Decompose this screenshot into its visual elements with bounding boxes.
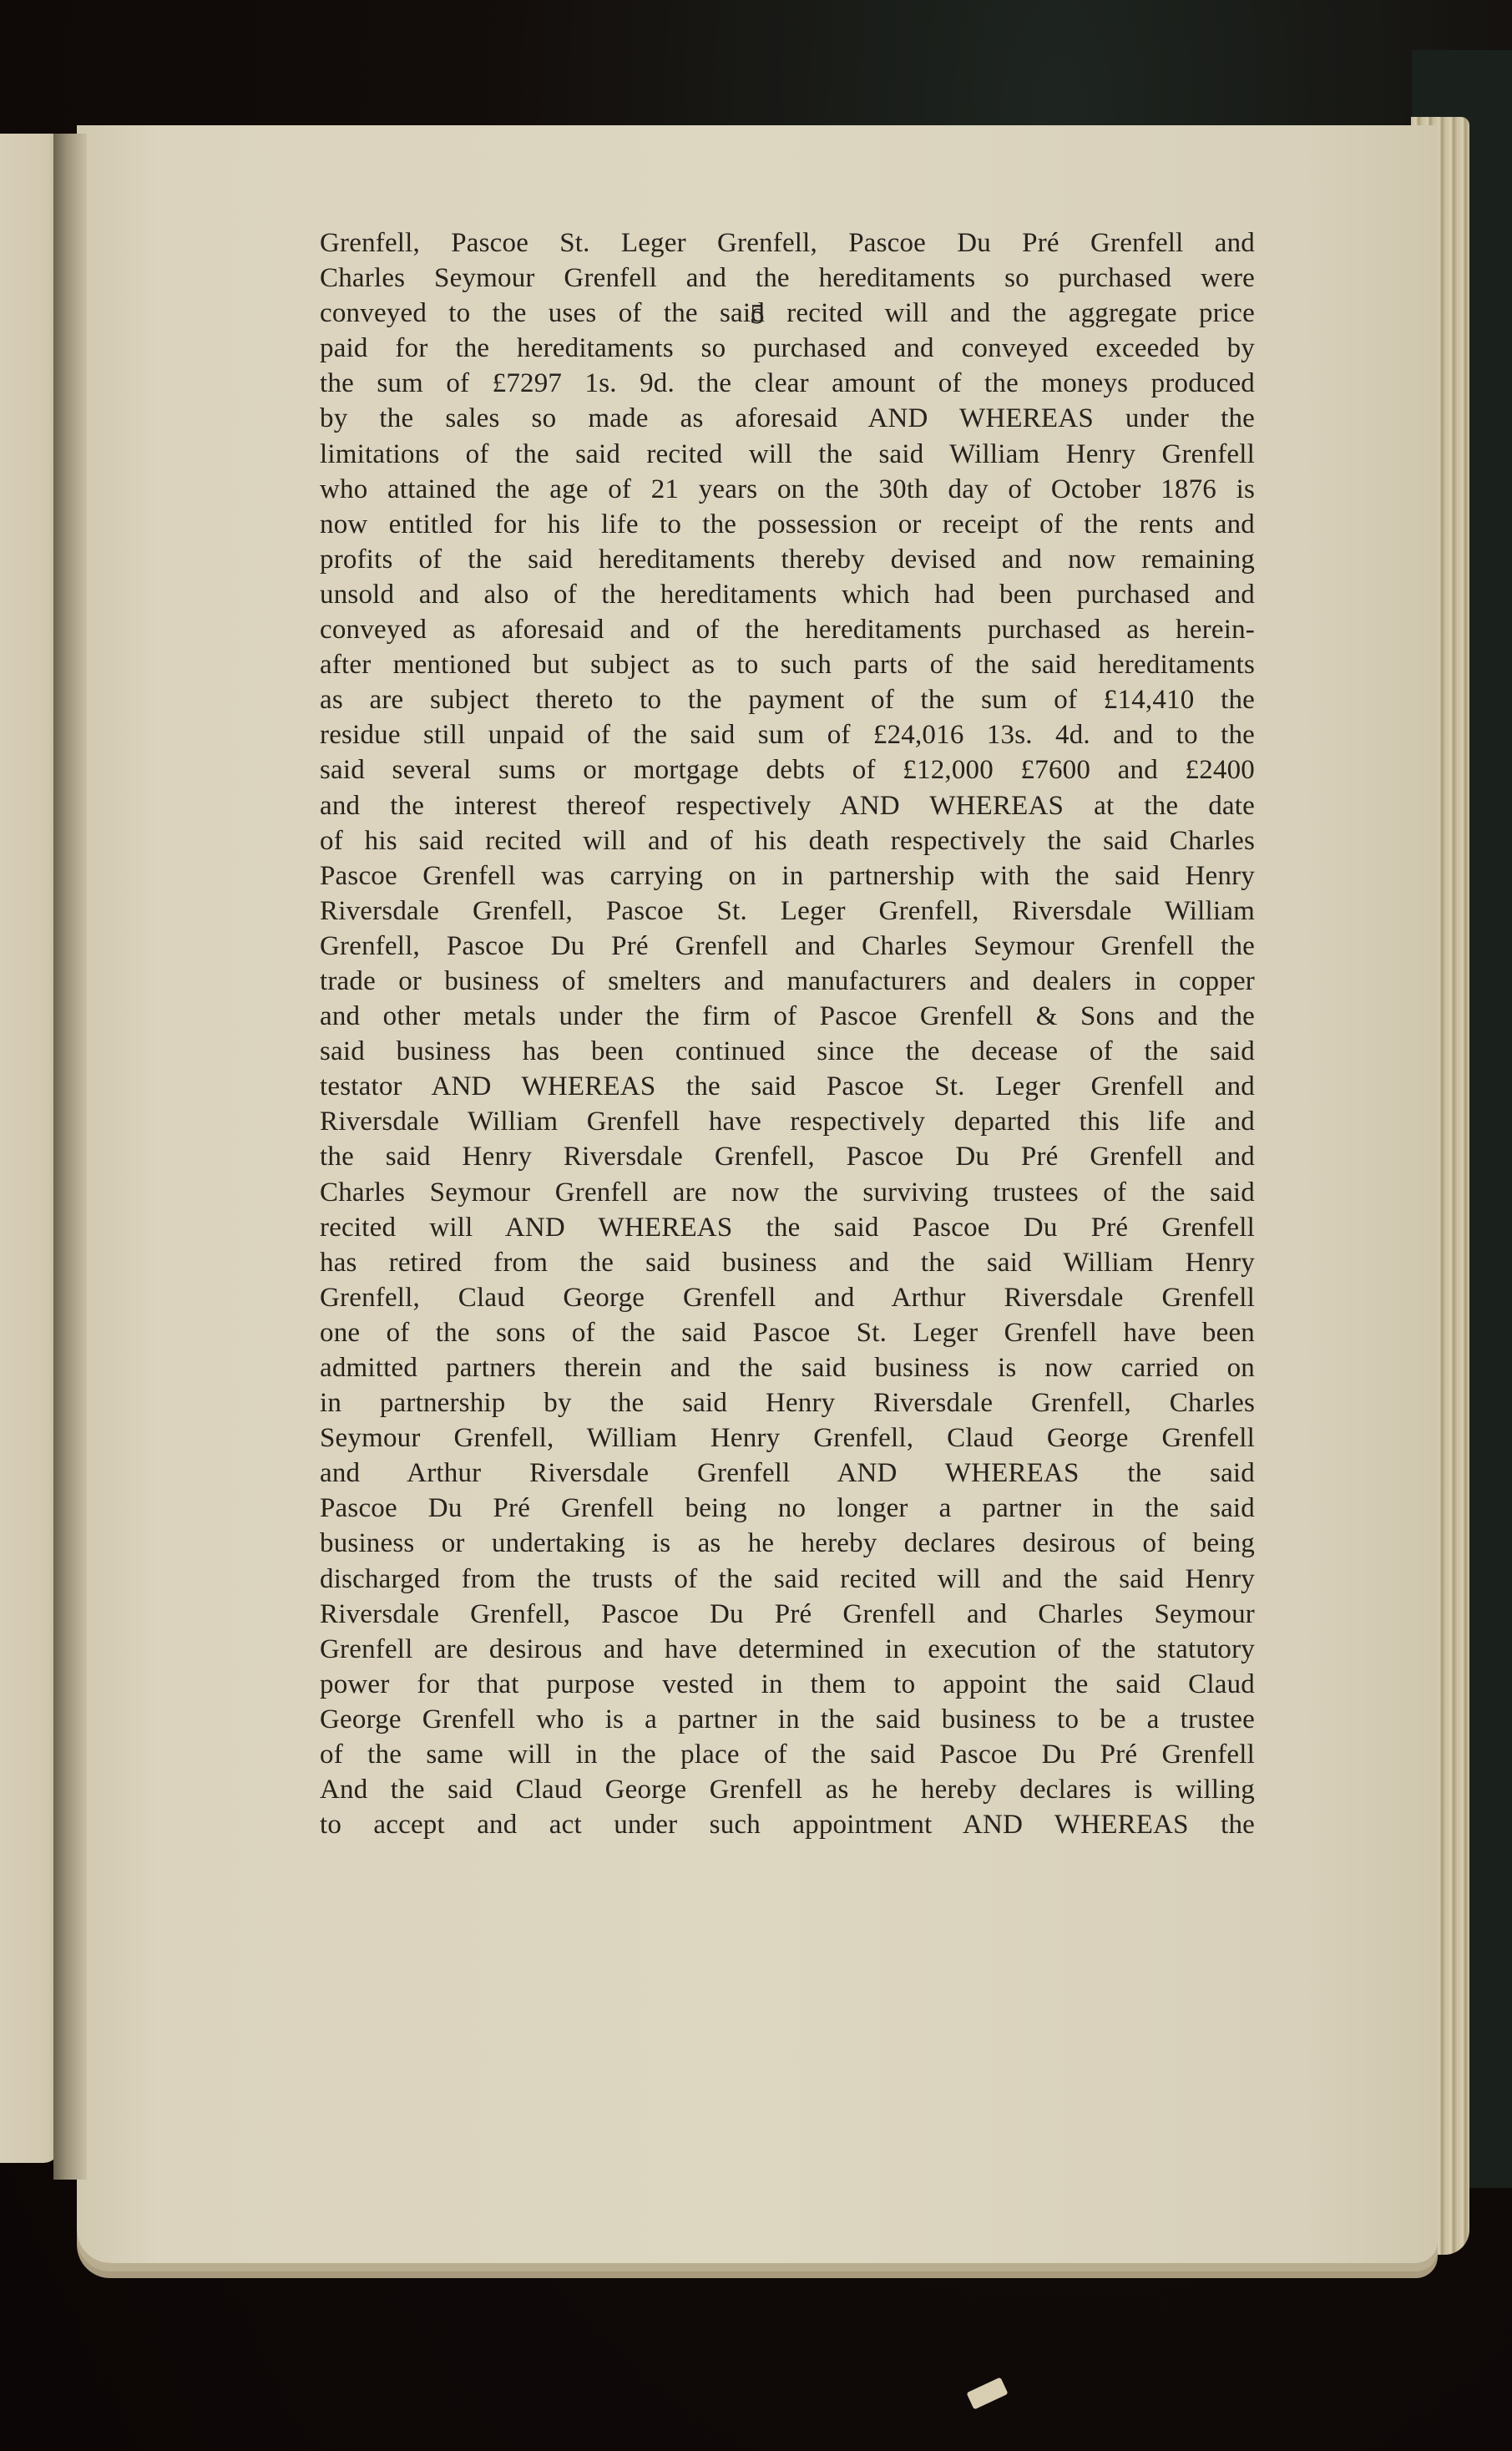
text-line: of the same will in the place of the sai… xyxy=(320,1737,1255,1772)
text-line: unsold and also of the hereditaments whi… xyxy=(320,577,1255,612)
text-line: limitations of the said recited will the… xyxy=(320,437,1255,472)
text-line: admitted partners therein and the said b… xyxy=(320,1350,1255,1385)
text-line: Riversdale Grenfell, Pascoe Du Pré Grenf… xyxy=(320,1597,1255,1632)
text-line: the said Henry Riversdale Grenfell, Pasc… xyxy=(320,1139,1255,1174)
text-line: profits of the said hereditaments thereb… xyxy=(320,542,1255,577)
text-line: one of the sons of the said Pascoe St. L… xyxy=(320,1315,1255,1350)
text-line: discharged from the trusts of the said r… xyxy=(320,1562,1255,1597)
text-line: Pascoe Grenfell was carrying on in partn… xyxy=(320,858,1255,894)
text-line: Charles Seymour Grenfell and the heredit… xyxy=(320,261,1255,296)
text-line: has retired from the said business and t… xyxy=(320,1245,1255,1280)
text-line: Grenfell, Pascoe St. Leger Grenfell, Pas… xyxy=(320,225,1255,261)
text-line: Charles Seymour Grenfell are now the sur… xyxy=(320,1175,1255,1210)
text-line: Grenfell are desirous and have determine… xyxy=(320,1632,1255,1667)
paper-scrap xyxy=(966,2378,1008,2410)
text-line: Riversdale Grenfell, Pascoe St. Leger Gr… xyxy=(320,894,1255,929)
text-line: of his said recited will and of his deat… xyxy=(320,823,1255,858)
text-line: residue still unpaid of the said sum of … xyxy=(320,717,1255,752)
book-scan-scene: 5 Grenfell, Pascoe St. Leger Grenfell, P… xyxy=(0,0,1512,2451)
text-line: now entitled for his life to the possess… xyxy=(320,507,1255,542)
text-line: who attained the age of 21 years on the … xyxy=(320,472,1255,507)
text-line: testator AND WHEREAS the said Pascoe St.… xyxy=(320,1069,1255,1104)
text-line: Pascoe Du Pré Grenfell being no longer a… xyxy=(320,1491,1255,1526)
previous-page-leaf xyxy=(0,134,60,2163)
text-line: after mentioned but subject as to such p… xyxy=(320,647,1255,682)
text-line: as are subject thereto to the payment of… xyxy=(320,682,1255,717)
text-line: said several sums or mortgage debts of £… xyxy=(320,752,1255,787)
text-line: And the said Claud George Grenfell as he… xyxy=(320,1772,1255,1807)
text-line: and other metals under the firm of Pasco… xyxy=(320,999,1255,1034)
text-line: said business has been continued since t… xyxy=(320,1034,1255,1069)
text-line: in partnership by the said Henry Riversd… xyxy=(320,1385,1255,1420)
text-line: power for that purpose vested in them to… xyxy=(320,1667,1255,1702)
text-line: business or undertaking is as he hereby … xyxy=(320,1526,1255,1561)
document-body-text: Grenfell, Pascoe St. Leger Grenfell, Pas… xyxy=(320,225,1255,1842)
text-line: conveyed to the uses of the said recited… xyxy=(320,296,1255,331)
text-line: paid for the hereditaments so purchased … xyxy=(320,331,1255,366)
text-line: the sum of £7297 1s. 9d. the clear amoun… xyxy=(320,366,1255,401)
text-line: Grenfell, Pascoe Du Pré Grenfell and Cha… xyxy=(320,929,1255,964)
text-line: Riversdale William Grenfell have respect… xyxy=(320,1104,1255,1139)
text-line: trade or business of smelters and manufa… xyxy=(320,964,1255,999)
text-line: Grenfell, Claud George Grenfell and Arth… xyxy=(320,1280,1255,1315)
text-line: George Grenfell who is a partner in the … xyxy=(320,1702,1255,1737)
text-line: by the sales so made as aforesaid AND WH… xyxy=(320,401,1255,436)
text-line: and the interest thereof respectively AN… xyxy=(320,788,1255,823)
text-line: recited will AND WHEREAS the said Pascoe… xyxy=(320,1210,1255,1245)
text-line: to accept and act under such appointment… xyxy=(320,1807,1255,1842)
text-line: conveyed as aforesaid and of the heredit… xyxy=(320,612,1255,647)
text-line: Seymour Grenfell, William Henry Grenfell… xyxy=(320,1420,1255,1456)
text-line: and Arthur Riversdale Grenfell AND WHERE… xyxy=(320,1456,1255,1491)
book-gutter-shadow xyxy=(53,134,87,2180)
